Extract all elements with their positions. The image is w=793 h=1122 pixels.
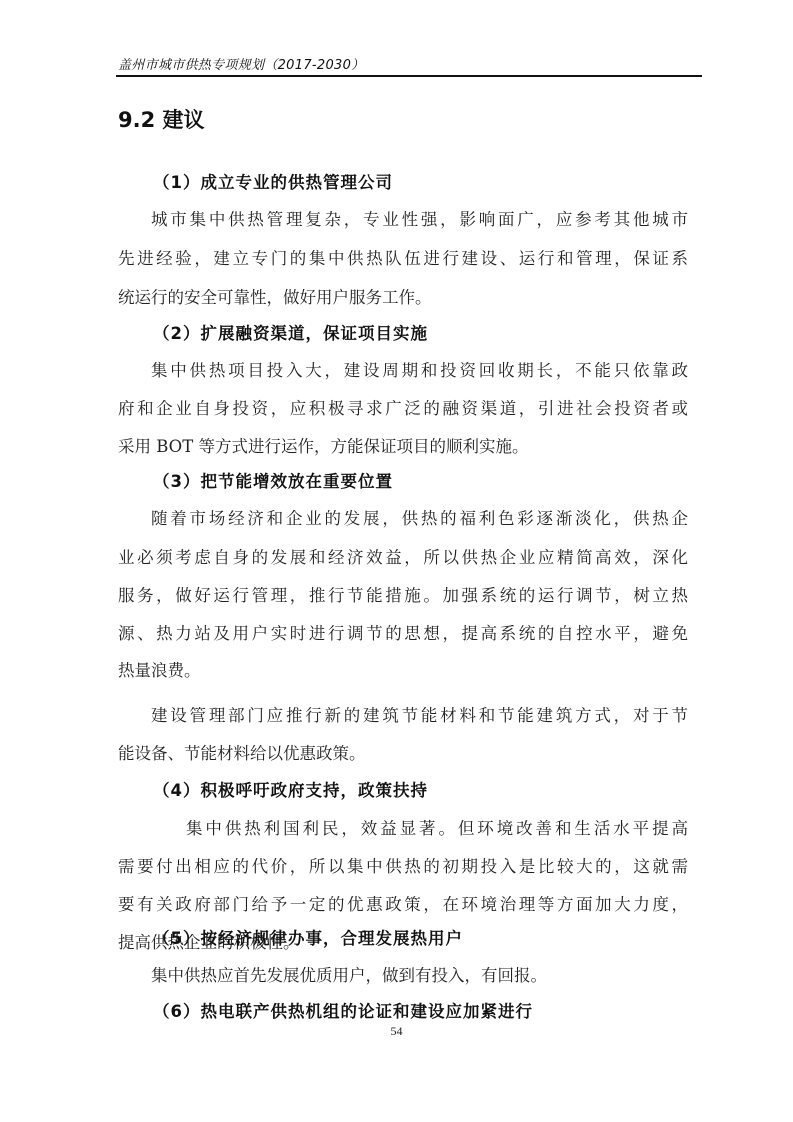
subheading-5: （5）按经济规律办事，合理发展热用户 [153,925,463,949]
running-header: 盖州市城市供热专项规划（2017-2030） [118,54,364,73]
paragraph-line: 随着市场经济和企业的发展，供热的福利色彩逐渐淡化，供热企 [151,505,688,529]
subheading-1: （1）成立专业的供热管理公司 [153,169,393,193]
paragraph-line: 集中供热项目投入大，建设周期和投资回收期长，不能只依靠政 [151,357,688,381]
paragraph-line: 集中供热应首先发展优质用户，做到有投入，有回报。 [151,962,547,986]
paragraph-line: 采用 BOT 等方式进行运作，方能保证项目的顺利实施。 [118,433,688,457]
paragraph-line: 热量浪费。 [118,657,688,681]
paragraph-line: 要有关政府部门给予一定的优惠政策，在环境治理等方面加大力度， [118,891,688,915]
section-title: 9.2 建议 [118,104,205,134]
subheading-2: （2）扩展融资渠道，保证项目实施 [153,320,428,344]
paragraph-line: 建设管理部门应推行新的建筑节能材料和节能建筑方式，对于节 [151,702,688,726]
paragraph-line: 业必须考虑自身的发展和经济效益，所以供热企业应精简高效，深化 [118,544,688,568]
page-number: 54 [0,1024,793,1039]
subheading-6: （6）热电联产供热机组的论证和建设应加紧进行 [153,998,533,1022]
paragraph-line: 集中供热利国利民，效益显著。但环境改善和生活水平提高 [186,815,688,839]
subheading-3: （3）把节能增效放在重要位置 [153,468,393,492]
paragraph-line: 服务，做好运行管理，推行节能措施。加强系统的运行调节，树立热 [118,582,688,606]
paragraph-line: 需要付出相应的代价，所以集中供热的初期投入是比较大的，这就需 [118,853,688,877]
paragraph-line: 能设备、节能材料给以优惠政策。 [118,740,688,764]
header-rule [116,75,702,77]
paragraph-line: 城市集中供热管理复杂，专业性强，影响面广，应参考其他城市 [151,206,688,230]
paragraph-line: 先进经验，建立专门的集中供热队伍进行建设、运行和管理，保证系 [118,245,688,269]
paragraph-line: 府和企业自身投资，应积极寻求广泛的融资渠道，引进社会投资者或 [118,395,688,419]
document-page: 盖州市城市供热专项规划（2017-2030） 9.2 建议 （1）成立专业的供热… [0,0,793,1122]
subheading-4: （4）积极呼吁政府支持，政策扶持 [153,777,428,801]
paragraph-line: 统运行的安全可靠性，做好用户服务工作。 [118,284,688,308]
paragraph-line: 源、热力站及用户实时进行调节的思想，提高系统的自控水平，避免 [118,620,688,644]
